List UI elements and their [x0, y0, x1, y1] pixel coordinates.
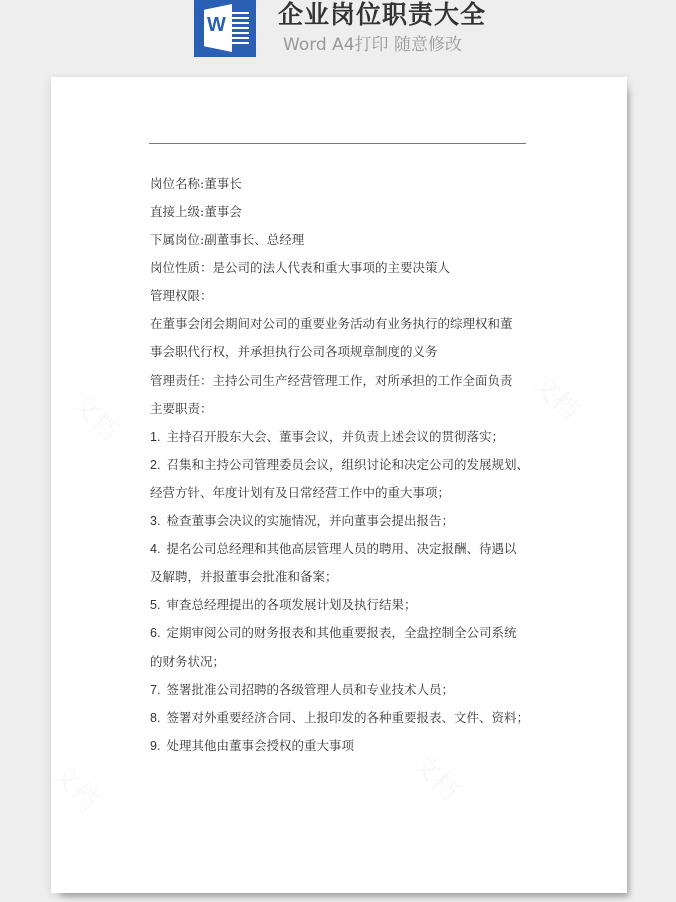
doc-line: 经营方针、年度计划有及日常经营工作中的重大事项； [150, 485, 450, 501]
list-item: 9.处理其他由董事会授权的重大事项 [150, 738, 354, 754]
doc-line: 岗位性质：是公司的法人代表和重大事项的主要决策人 [150, 260, 450, 276]
list-item: 7.签署批准公司招聘的各级管理人员和专业技术人员； [150, 682, 454, 698]
list-item: 6.定期审阅公司的财务报表和其他重要报表，全盘控制全公司系统 [150, 625, 516, 641]
word-icon-letter: W [207, 14, 226, 37]
doc-line: 管理权限： [150, 288, 213, 304]
doc-line: 在董事会闭会期间对公司的重要业务活动有业务执行的综理权和董 [150, 316, 513, 332]
banner-title: 企业岗位职责大全 [278, 0, 486, 30]
list-item: 3.检查董事会决议的实施情况，并向董事会提出报告； [150, 513, 454, 529]
list-item: 4.提名公司总经理和其他高层管理人员的聘用、决定报酬、待遇以 [150, 541, 516, 557]
doc-line: 直接上级:董事会 [150, 204, 242, 220]
list-item: 8.签署对外重要经济合同、上报印发的各种重要报表、文件、资料； [150, 710, 529, 726]
watermark: 文档 [51, 754, 108, 817]
header-rule [149, 143, 526, 144]
watermark: 文档 [406, 744, 469, 807]
doc-line: 及解聘，并报董事会批准和备案； [150, 569, 338, 585]
list-item: 5.审查总经理提出的各项发展计划及执行结果； [150, 597, 416, 613]
doc-line: 下属岗位:副董事长、总经理 [150, 232, 304, 248]
list-item: 2.召集和主持公司管理委员会议，组织讨论和决定公司的发展规划、 [150, 457, 529, 473]
watermark: 文档 [526, 364, 589, 427]
doc-line: 主要职责： [150, 401, 213, 417]
list-item: 1.主持召开股东大会、董事会议，并负责上述会议的贯彻落实； [150, 429, 504, 445]
doc-line: 的财务状况； [150, 654, 225, 670]
banner: W 企业岗位职责大全 Word A4打印 随意修改 [0, 0, 676, 62]
word-icon-lines [232, 12, 249, 47]
word-icon: W [194, 0, 256, 57]
doc-line: 岗位名称:董事长 [150, 176, 242, 192]
doc-line: 管理责任：主持公司生产经营管理工作，对所承担的工作全面负责 [150, 373, 513, 389]
watermark: 文档 [66, 384, 129, 447]
doc-line: 事会职代行权，并承担执行公司各项规章制度的义务 [150, 344, 438, 360]
document-page: 文档 文档 文档 文档 岗位名称:董事长 直接上级:董事会 下属岗位:副董事长、… [51, 77, 627, 893]
banner-subtitle: Word A4打印 随意修改 [283, 34, 462, 56]
